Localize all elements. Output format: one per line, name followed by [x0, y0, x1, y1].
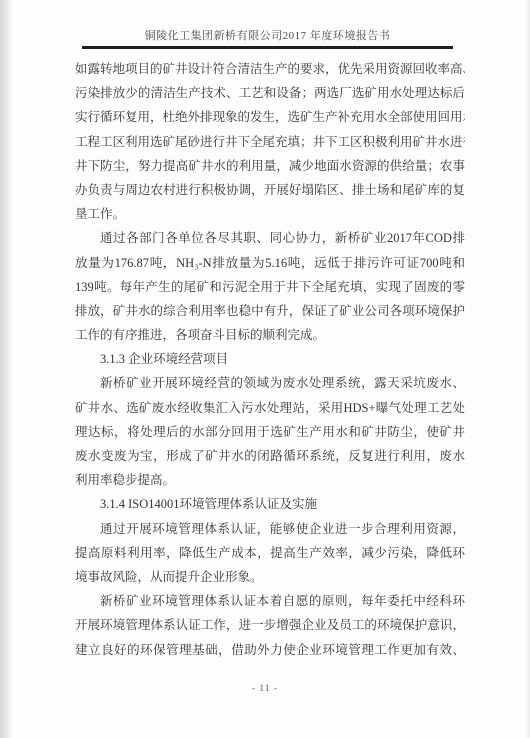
text-line: 如露转地项目的矿井设计符合清洁生产的要求，优先采用资源回收率高、: [75, 57, 465, 81]
document-page: 铜陵化工集团新桥有限公司2017 年度环境报告书 如露转地项目的矿井设计符合清洁…: [0, 0, 530, 738]
header-divider-rule: [82, 46, 453, 49]
text-line: 开展环境管理体系认证工作，进一步增强企业及员工的环境保护意识，: [75, 613, 465, 637]
text-line: 井下防尘，努力提高矿井水的利用量，减少地面水资源的供给量；农事: [75, 154, 465, 178]
text-line: 139吨。每年产生的尾矿和污泥全用于井下全尾充填，实现了固废的零: [75, 275, 465, 299]
text-line: 利用率稳步提高。: [75, 468, 465, 492]
text-line: 排放，矿井水的综合利用率也稳中有升，保证了矿业公司各项环境保护: [75, 299, 465, 323]
text-line: 矿井水、选矿废水经收集汇入污水处理站，采用HDS+曝气处理工艺处: [75, 396, 465, 420]
text-line: 放量为176.87吨，NH₃-N排放量为5.16吨，远低于排污许可证700吨和: [75, 251, 465, 275]
text-line: 3.1.4 ISO14001环境管理体系认证及实施: [75, 492, 465, 516]
text-line: 3.1.3 企业环境经营项目: [75, 347, 465, 371]
text-line: 实行循环复用，杜绝外排现象的发生，选矿生产补充用水全部使用回用水；: [75, 105, 465, 129]
text-line: 通过开展环境管理体系认证，能够使企业进一步合理利用资源，: [75, 517, 465, 541]
text-line: 工作的有序推进，各项奋斗目标的顺利完成。: [75, 323, 465, 347]
text-line: 建立良好的环保管理基础，借助外力使企业环境管理工作更加有效、: [75, 638, 465, 662]
text-line: 新桥矿业环境管理体系认证本着自愿的原则，每年委托中经科环: [75, 589, 465, 613]
page-number: - 11 -: [0, 684, 530, 694]
text-line: 工程工区利用选矿尾砂进行井下全尾充填；井下工区积极利用矿井水进行: [75, 130, 465, 154]
page-header-title: 铜陵化工集团新桥有限公司2017 年度环境报告书: [82, 27, 453, 43]
page-right-edge-shadow: [526, 0, 530, 738]
text-line: 污染排放少的清洁生产技术、工艺和设备；两选厂选矿用水处理达标后: [75, 81, 465, 105]
text-line: 新桥矿业开展环境经营的领域为废水处理系统，露天采坑废水、: [75, 371, 465, 395]
page-left-edge-shadow: [0, 0, 12, 738]
text-line: 废水变废为宝，形成了矿井水的闭路循环系统，反复进行利用，废水: [75, 444, 465, 468]
text-line: 理达标，将处理后的水部分回用于选矿生产用水和矿井防尘，使矿井: [75, 420, 465, 444]
text-line: 办负责与周边农村进行积极协调，开展好塌陷区、排土场和尾矿库的复: [75, 178, 465, 202]
document-body: 如露转地项目的矿井设计符合清洁生产的要求，优先采用资源回收率高、污染排放少的清洁…: [75, 57, 465, 662]
text-line: 提高原料利用率，降低生产成本，提高生产效率，减少污染，降低环: [75, 541, 465, 565]
text-line: 垦工作。: [75, 202, 465, 226]
text-line: 通过各部门各单位各尽其职、同心协力，新桥矿业2017年COD排: [75, 226, 465, 250]
text-line: 境事故风险，从而提升企业形象。: [75, 565, 465, 589]
